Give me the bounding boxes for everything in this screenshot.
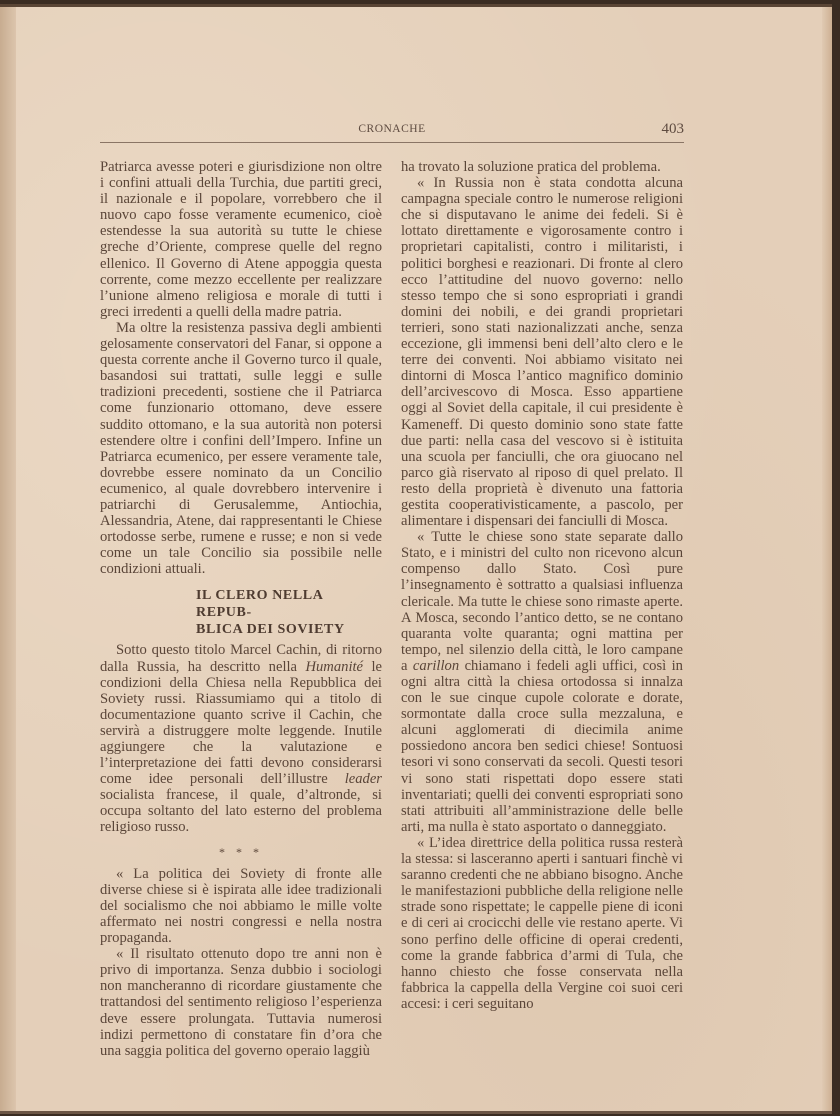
italic-term: carillon [413,658,459,674]
section-separator: * * * [100,844,382,860]
text-run: socialista francese, il quale, d’altrond… [100,787,382,835]
running-title: CRONACHE [100,123,684,135]
section-heading-line: BLICA DEI SOVIETY [196,621,382,638]
italic-term: leader [345,771,382,787]
scanned-page: CRONACHE 403 Patriarca avesse poteri e g… [0,4,832,1114]
running-header: CRONACHE 403 [100,121,684,141]
section-heading: IL CLERO NELLA REPUB- BLICA DEI SOVIETY [196,587,382,638]
page-spine-shadow [0,7,16,1111]
page-number: 403 [662,121,685,138]
paragraph: « Il risultato ottenuto dopo tre anni no… [100,946,382,1059]
italic-term: Humanité [305,659,363,675]
left-column: Patriarca avesse poteri e giurisdizione … [100,159,382,1059]
section-heading-line: IL CLERO NELLA REPUB- [196,587,382,621]
paragraph: « La politica dei Soviety di fronte alle… [100,866,382,946]
paragraph: Sotto questo titolo Marcel Cachin, di ri… [100,642,382,835]
text-run: « Tutte le chiese sono state separate da… [401,529,683,674]
page-right-edge [822,7,832,1111]
paragraph: « In Russia non è stata condotta alcuna … [401,175,683,529]
paragraph: Ma oltre la resistenza passiva degli amb… [100,320,382,578]
right-column: ha trovato la soluzione pratica del prob… [401,159,683,1012]
paragraph: « L’idea direttrice della politica russa… [401,835,683,1012]
text-run: chiamano i fedeli agli uffici, così in o… [401,658,683,835]
text-run: le condizioni della Chiesa nella Repubbl… [100,659,382,788]
paragraph: « Tutte le chiese sono state separate da… [401,529,683,835]
header-rule [100,142,684,143]
paragraph: Patriarca avesse poteri e giurisdizione … [100,159,382,320]
paragraph: ha trovato la soluzione pratica del prob… [401,159,683,175]
